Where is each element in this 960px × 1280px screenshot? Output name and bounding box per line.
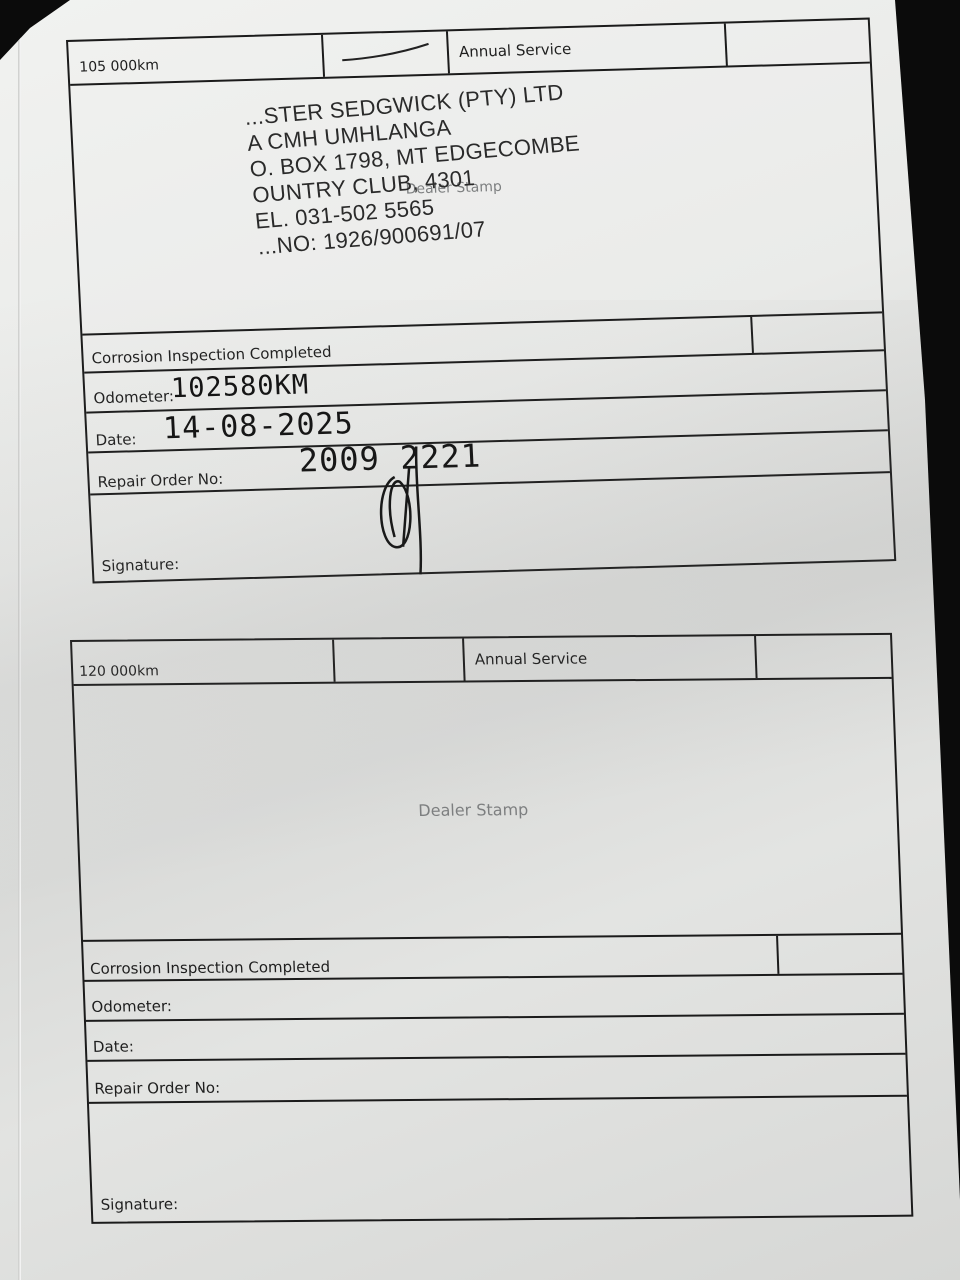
repair-order-label: Repair Order No: <box>97 470 223 491</box>
service-block-105000: 105 000km Annual Service Dealer Stamp ..… <box>66 18 896 584</box>
corrosion-label-cell: Corrosion Inspection Completed <box>83 936 779 980</box>
repair-order-label: Repair Order No: <box>94 1079 220 1098</box>
date-label: Date: <box>93 1037 135 1055</box>
date-label: Date: <box>95 430 137 449</box>
interval-label: 105 000km <box>79 57 159 75</box>
corrosion-check-cell[interactable] <box>778 935 902 974</box>
tick-cell[interactable] <box>323 31 450 76</box>
service-book-page: 105 000km Annual Service Dealer Stamp ..… <box>0 0 960 1280</box>
dealer-stamp-area: Dealer Stamp ...STER SEDGWICK (PTY) LTD … <box>70 64 882 336</box>
date-row[interactable]: Date: <box>86 1015 905 1062</box>
page-binding <box>18 30 21 1280</box>
signature-scribble-icon <box>368 445 454 577</box>
corrosion-label: Corrosion Inspection Completed <box>91 343 332 368</box>
corrosion-check-cell[interactable] <box>752 313 884 353</box>
service-check-cell[interactable] <box>756 635 892 678</box>
tick-cell[interactable] <box>334 639 466 682</box>
signature-label: Signature: <box>100 1195 178 1214</box>
service-type-label: Annual Service <box>474 649 587 668</box>
service-block-120000: 120 000km Annual Service Dealer Stamp Co… <box>70 633 913 1224</box>
interval-label: 120 000km <box>79 663 159 680</box>
service-check-cell[interactable] <box>726 20 870 66</box>
signature-label: Signature: <box>101 555 179 575</box>
odometer-label: Odometer: <box>93 387 174 407</box>
repair-order-row[interactable]: Repair Order No: <box>87 1055 907 1104</box>
odometer-value: 102580KM <box>170 369 310 404</box>
service-type-cell: Annual Service <box>464 636 758 681</box>
dealer-stamp-area: Dealer Stamp <box>74 679 901 942</box>
tick-mark-icon <box>333 33 445 76</box>
odometer-label: Odometer: <box>91 997 172 1016</box>
service-type-cell: Annual Service <box>448 24 728 74</box>
corrosion-label: Corrosion Inspection Completed <box>90 958 331 978</box>
header-row: 120 000km Annual Service <box>72 635 892 686</box>
odometer-row[interactable]: Odometer: <box>85 975 904 1022</box>
service-type-label: Annual Service <box>459 40 572 61</box>
signature-row[interactable]: Signature: <box>89 1097 911 1222</box>
interval-cell: 105 000km <box>68 35 325 84</box>
stamp-placeholder: Dealer Stamp <box>418 800 529 820</box>
interval-cell: 120 000km <box>72 640 336 684</box>
